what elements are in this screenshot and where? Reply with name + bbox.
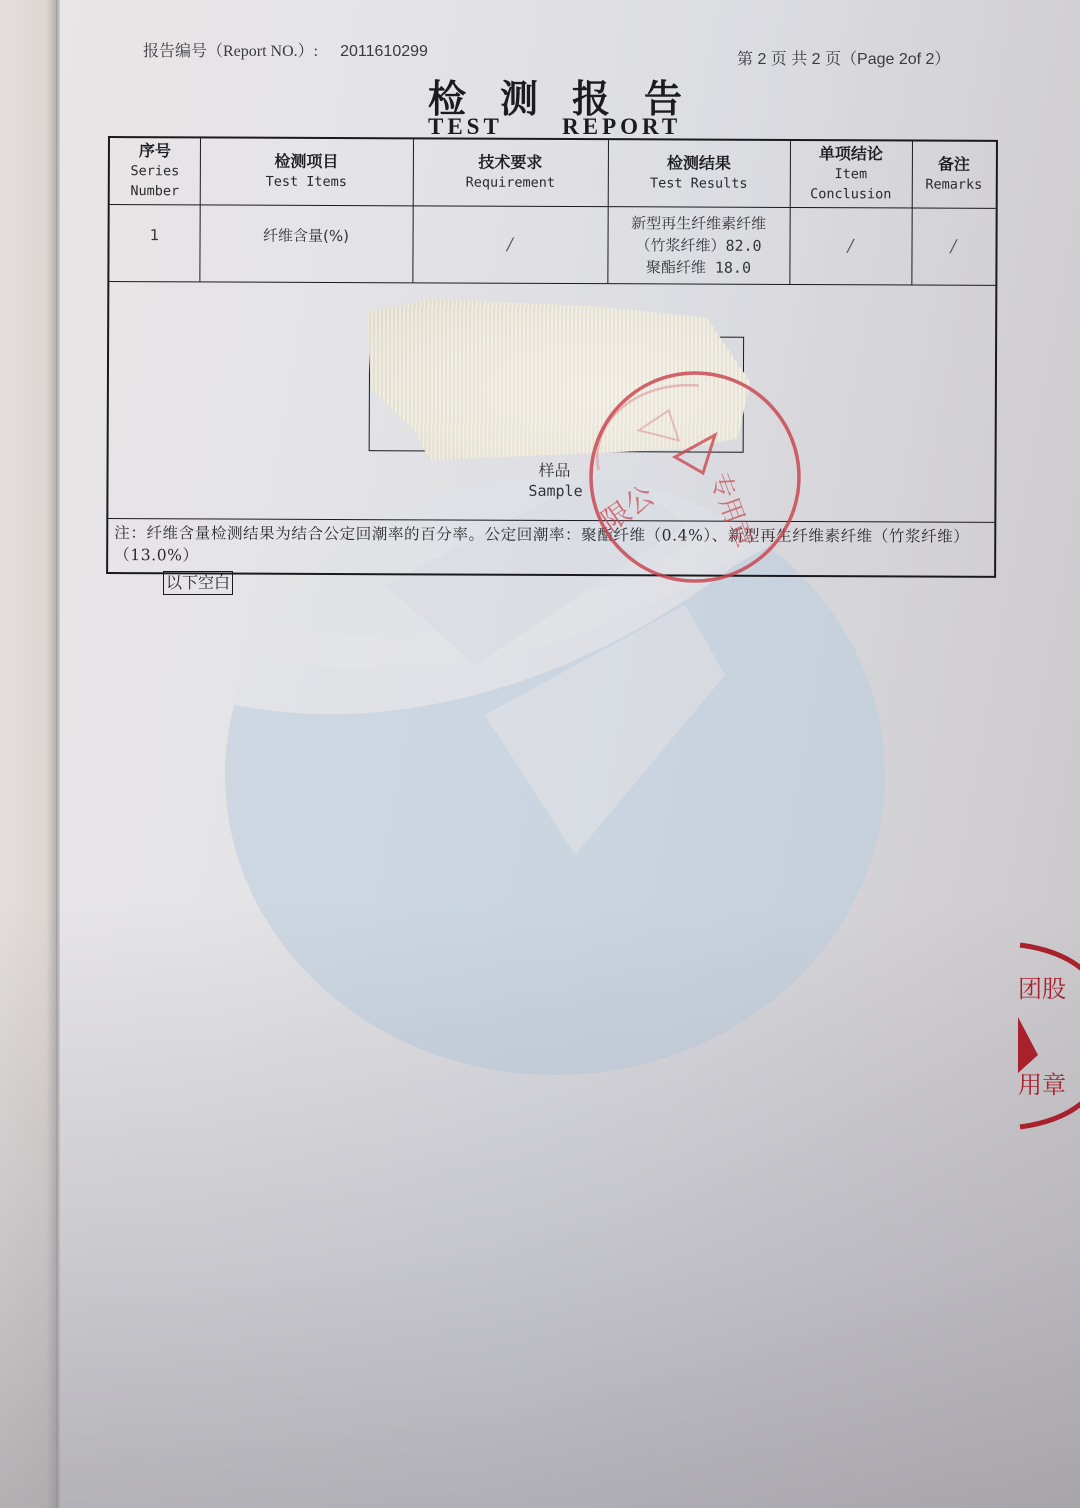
result-line: 新型再生纤维素纤维 <box>631 212 766 235</box>
result-line: 聚酯纤维 18.0 <box>646 256 751 278</box>
header-test-results: 检测结果 Test Results <box>608 140 790 207</box>
table-note: 注：纤维含量检测结果为结合公定回潮率的百分率。公定回潮率：聚酯纤维（0.4%）、… <box>114 522 984 570</box>
header-en: Series <box>130 161 179 181</box>
header-cn: 检测结果 <box>667 153 731 173</box>
blank-below-marker: 以下空白 <box>163 571 233 595</box>
header-en: Test Results <box>650 173 748 193</box>
header-remarks: 备注 Remarks <box>912 142 996 208</box>
svg-text:用章: 用章 <box>1018 1071 1066 1099</box>
table-row-test-item: 纤维含量(%) <box>199 204 412 267</box>
sample-label-cn: 样品 <box>538 458 570 481</box>
header-test-items: 检测项目 Test Items <box>200 138 413 205</box>
page-fold-edge <box>56 0 60 1508</box>
header-cn: 检测项目 <box>274 152 338 172</box>
table-row-requirement: / <box>412 205 607 283</box>
header-cn: 单项结论 <box>819 144 883 164</box>
report-number: 报告编号（Report NO.）:2011610299 <box>143 38 428 61</box>
cell-value: 纤维含量(%) <box>263 225 349 247</box>
header-item-conclusion: 单项结论 Item Conclusion <box>790 141 912 208</box>
header-series-number: 序号 Series Number <box>110 138 200 204</box>
header-en: Number <box>130 181 179 201</box>
header-en: Conclusion <box>810 184 891 204</box>
cell-value: / <box>848 236 854 256</box>
header-cn: 序号 <box>139 141 171 161</box>
table-row-test-results: 新型再生纤维素纤维 （竹浆纤维）82.0 聚酯纤维 18.0 <box>607 206 789 284</box>
edge-seal-icon: 团股 用章 <box>1010 935 1080 1135</box>
sample-label-en: Sample <box>528 482 582 500</box>
table-row-item-conclusion: / <box>789 207 911 285</box>
report-table: 序号 Series Number 检测项目 Test Items 技术要求 Re… <box>106 136 998 578</box>
table-row-remarks: / <box>911 208 995 285</box>
header-en: Requirement <box>466 173 555 193</box>
header-cn: 技术要求 <box>478 153 542 173</box>
cell-value: 1 <box>150 224 160 246</box>
report-number-value: 2011610299 <box>340 43 428 60</box>
header-en: Item <box>835 164 868 184</box>
cell-value: / <box>507 234 513 254</box>
cell-value: / <box>951 236 957 256</box>
header-cn: 备注 <box>938 155 970 175</box>
page-indicator: 第 2 页 共 2 页（Page 2of 2） <box>737 46 950 69</box>
header-requirement: 技术要求 Requirement <box>413 139 608 206</box>
title-english: TEST REPORT <box>428 114 681 140</box>
svg-text:团股: 团股 <box>1018 975 1066 1003</box>
header-en: Remarks <box>925 175 982 195</box>
header-en: Test Items <box>266 172 347 192</box>
stamp-overlay-icon <box>579 370 749 481</box>
table-row-series-number: 1 <box>109 204 199 266</box>
report-number-label: 报告编号（Report NO.）: <box>143 43 318 60</box>
binding-spine <box>0 0 58 1508</box>
result-line: （竹浆纤维）82.0 <box>635 234 761 257</box>
